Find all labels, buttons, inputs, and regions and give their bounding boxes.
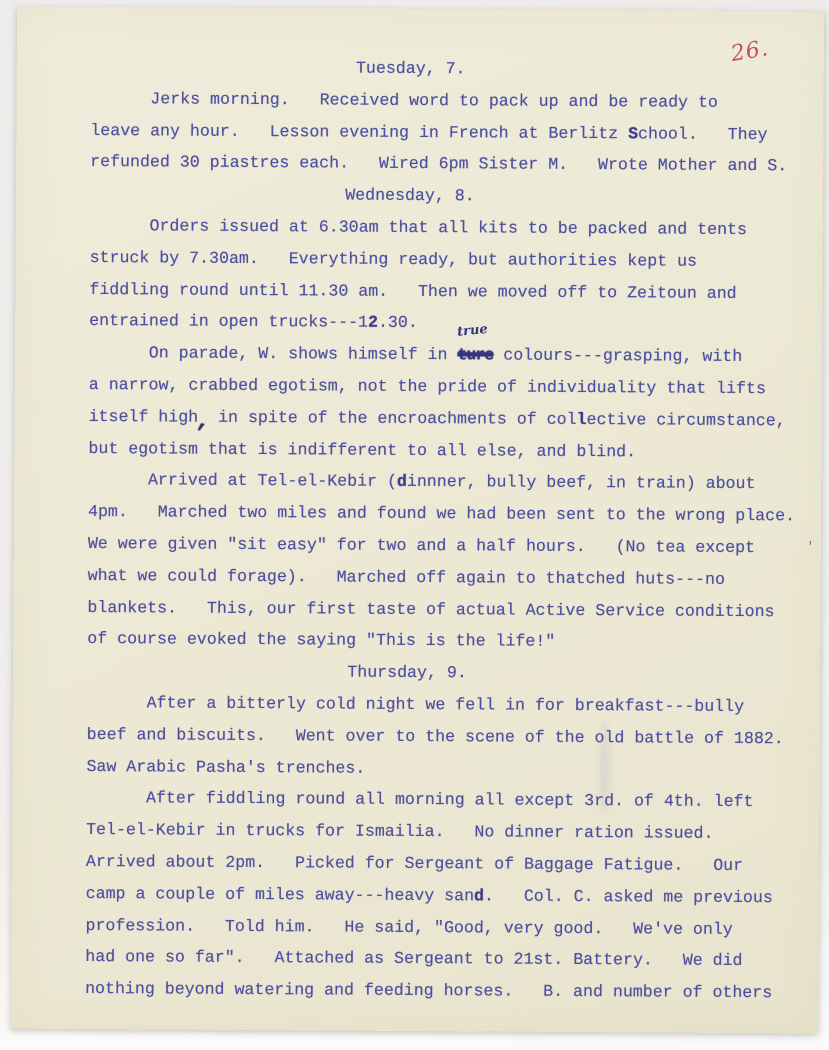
overstruck-character: S [628, 124, 638, 143]
typed-text-segment: Tuesday, 7. [356, 59, 466, 79]
typed-text-segment: struck by 7.30am. Everything ready, but … [90, 248, 698, 271]
typed-text-segment: Jerks morning. Received word to pack up … [91, 89, 718, 112]
typed-text-segment: . Col. C. asked me previous [484, 886, 773, 907]
typed-line: Arrived at Tel-el-Kebir (dinnner, bully … [88, 464, 778, 500]
typed-text-segment: Tel-el-Kebir in trucks for Ismailia. No … [86, 820, 713, 843]
typed-line: fiddling round until 11.30 am. Then we m… [89, 274, 779, 310]
typed-line: leave any hour. Lesson evening in French… [90, 115, 780, 151]
typed-line: but egotism that is indifferent to all e… [88, 433, 778, 469]
typed-text-segment: in spite of the encroachments of col [208, 407, 577, 428]
typed-text-segment: what we could forage). Marched off again… [88, 566, 725, 589]
typed-text-segment: blankets. This, our first taste of actua… [87, 598, 774, 621]
typed-line: profession. Told him. He said, "Good, ve… [85, 909, 775, 945]
typed-line: Arrived about 2pm. Picked for Sergeant o… [86, 846, 776, 882]
typed-text-segment: Arrived about 2pm. Picked for Sergeant o… [86, 852, 743, 875]
typed-line: After a bitterly cold night we fell in f… [87, 687, 777, 723]
typed-line: Tel-el-Kebir in trucks for Ismailia. No … [86, 814, 776, 850]
typed-text-segment: Wednesday, 8. [345, 186, 475, 206]
typed-text-segment: After a bitterly cold night we fell in f… [87, 693, 744, 716]
typed-line: camp a couple of miles away---heavy sand… [86, 878, 776, 914]
typed-line: beef and biscuits. Went over to the scen… [87, 719, 777, 755]
scan-background: { "page": { "number": "26.", "margin_tic… [0, 0, 829, 1050]
red-margin-mark: ' [805, 539, 815, 555]
typed-line: what we could forage). Marched off again… [88, 560, 778, 596]
typed-line: entrained in open trucks---12.30. [89, 305, 779, 341]
typed-text-segment: colours---grasping, with [493, 346, 742, 367]
typed-text-segment: chool. They [638, 124, 768, 144]
typed-text-segment: After fiddling round all morning all exc… [86, 788, 753, 811]
typed-text-segment: nothing beyond watering and feeding hors… [85, 979, 772, 1002]
day-heading: Thursday, 9. [62, 655, 752, 691]
typed-text-segment: refunded 30 piastres each. Wired 6pm Sis… [90, 152, 787, 175]
typed-text-segment: itself high [89, 407, 199, 427]
typed-text-segment: Thursday, 9. [347, 663, 467, 683]
typed-line: a narrow, crabbed egotism, not the pride… [89, 369, 779, 405]
typed-text-segment: Orders issued at 6.30am that all kits to… [90, 216, 747, 239]
typed-line: refunded 30 piastres each. Wired 6pm Sis… [90, 146, 780, 182]
typed-text-segment: ective circumstance, [586, 410, 785, 430]
typed-text-segment: of course evoked the saying "This is the… [87, 629, 555, 651]
typed-text-segment: profession. Told him. He said, "Good, ve… [85, 915, 732, 938]
typed-line: Orders issued at 6.30am that all kits to… [90, 210, 780, 246]
typed-line: On parade, W. shows himself in trueture … [89, 337, 779, 373]
typed-line: itself high, in spite of the encroachmen… [89, 401, 779, 437]
day-heading: Wednesday, 8. [65, 178, 755, 214]
diary-page: 26. Tuesday, 7. Jerks morning. Received … [11, 7, 824, 1034]
typed-text-segment: On parade, W. shows himself in [89, 343, 458, 364]
overstruck-character: d [474, 886, 484, 905]
typed-line: 4pm. Marched two miles and found we had … [88, 496, 778, 532]
typed-line: nothing beyond watering and feeding hors… [85, 973, 775, 1009]
day-heading: Tuesday, 7. [66, 51, 756, 87]
typed-text-segment: a narrow, crabbed egotism, not the pride… [89, 375, 766, 398]
typed-text-segment: fiddling round until 11.30 am. Then we m… [89, 280, 736, 303]
struck-text: ture [457, 345, 493, 364]
typed-line: struck by 7.30am. Everything ready, but … [89, 242, 779, 278]
typed-text-segment: Saw Arabic Pasha's trenches. [86, 757, 365, 778]
typed-text-segment: entrained in open trucks---1 [89, 311, 368, 332]
typed-text-segment: Arrived at Tel-el-Kebir ( [88, 470, 397, 491]
typed-line: blankets. This, our first taste of actua… [87, 592, 777, 628]
typed-text-block: Tuesday, 7. Jerks morning. Received word… [85, 51, 781, 1009]
typed-text-segment: beef and biscuits. Went over to the scen… [87, 725, 784, 748]
typed-text-segment: leave any hour. Lesson evening in French… [90, 121, 628, 143]
typed-line: had one so far". Attached as Sergeant to… [85, 941, 775, 977]
typed-text-segment: .30. [378, 313, 418, 332]
typed-line: of course evoked the saying "This is the… [87, 623, 777, 659]
typed-text-segment: camp a couple of miles away---heavy san [86, 884, 474, 905]
typed-line: Saw Arabic Pasha's trenches. [86, 751, 776, 787]
struck-out-word: trueture [457, 339, 493, 371]
typed-text-segment: We were given "sit easy" for two and a h… [88, 534, 755, 557]
typed-line: We were given "sit easy" for two and a h… [88, 528, 778, 564]
typed-text-segment: had one so far". Attached as Sergeant to… [85, 947, 742, 970]
typed-line: Jerks morning. Received word to pack up … [90, 83, 780, 119]
typed-line: After fiddling round all morning all exc… [86, 782, 776, 818]
typed-text-segment: 4pm. Marched two miles and found we had … [88, 502, 795, 525]
overstruck-character: d [397, 472, 407, 491]
typed-text-segment: innner, bully beef, in train) about [407, 472, 756, 493]
overstruck-character: 2 [368, 313, 378, 332]
handwritten-correction: true [457, 323, 489, 339]
typed-text-segment: but egotism that is indifferent to all e… [88, 439, 636, 461]
overstruck-character: l [577, 410, 587, 429]
